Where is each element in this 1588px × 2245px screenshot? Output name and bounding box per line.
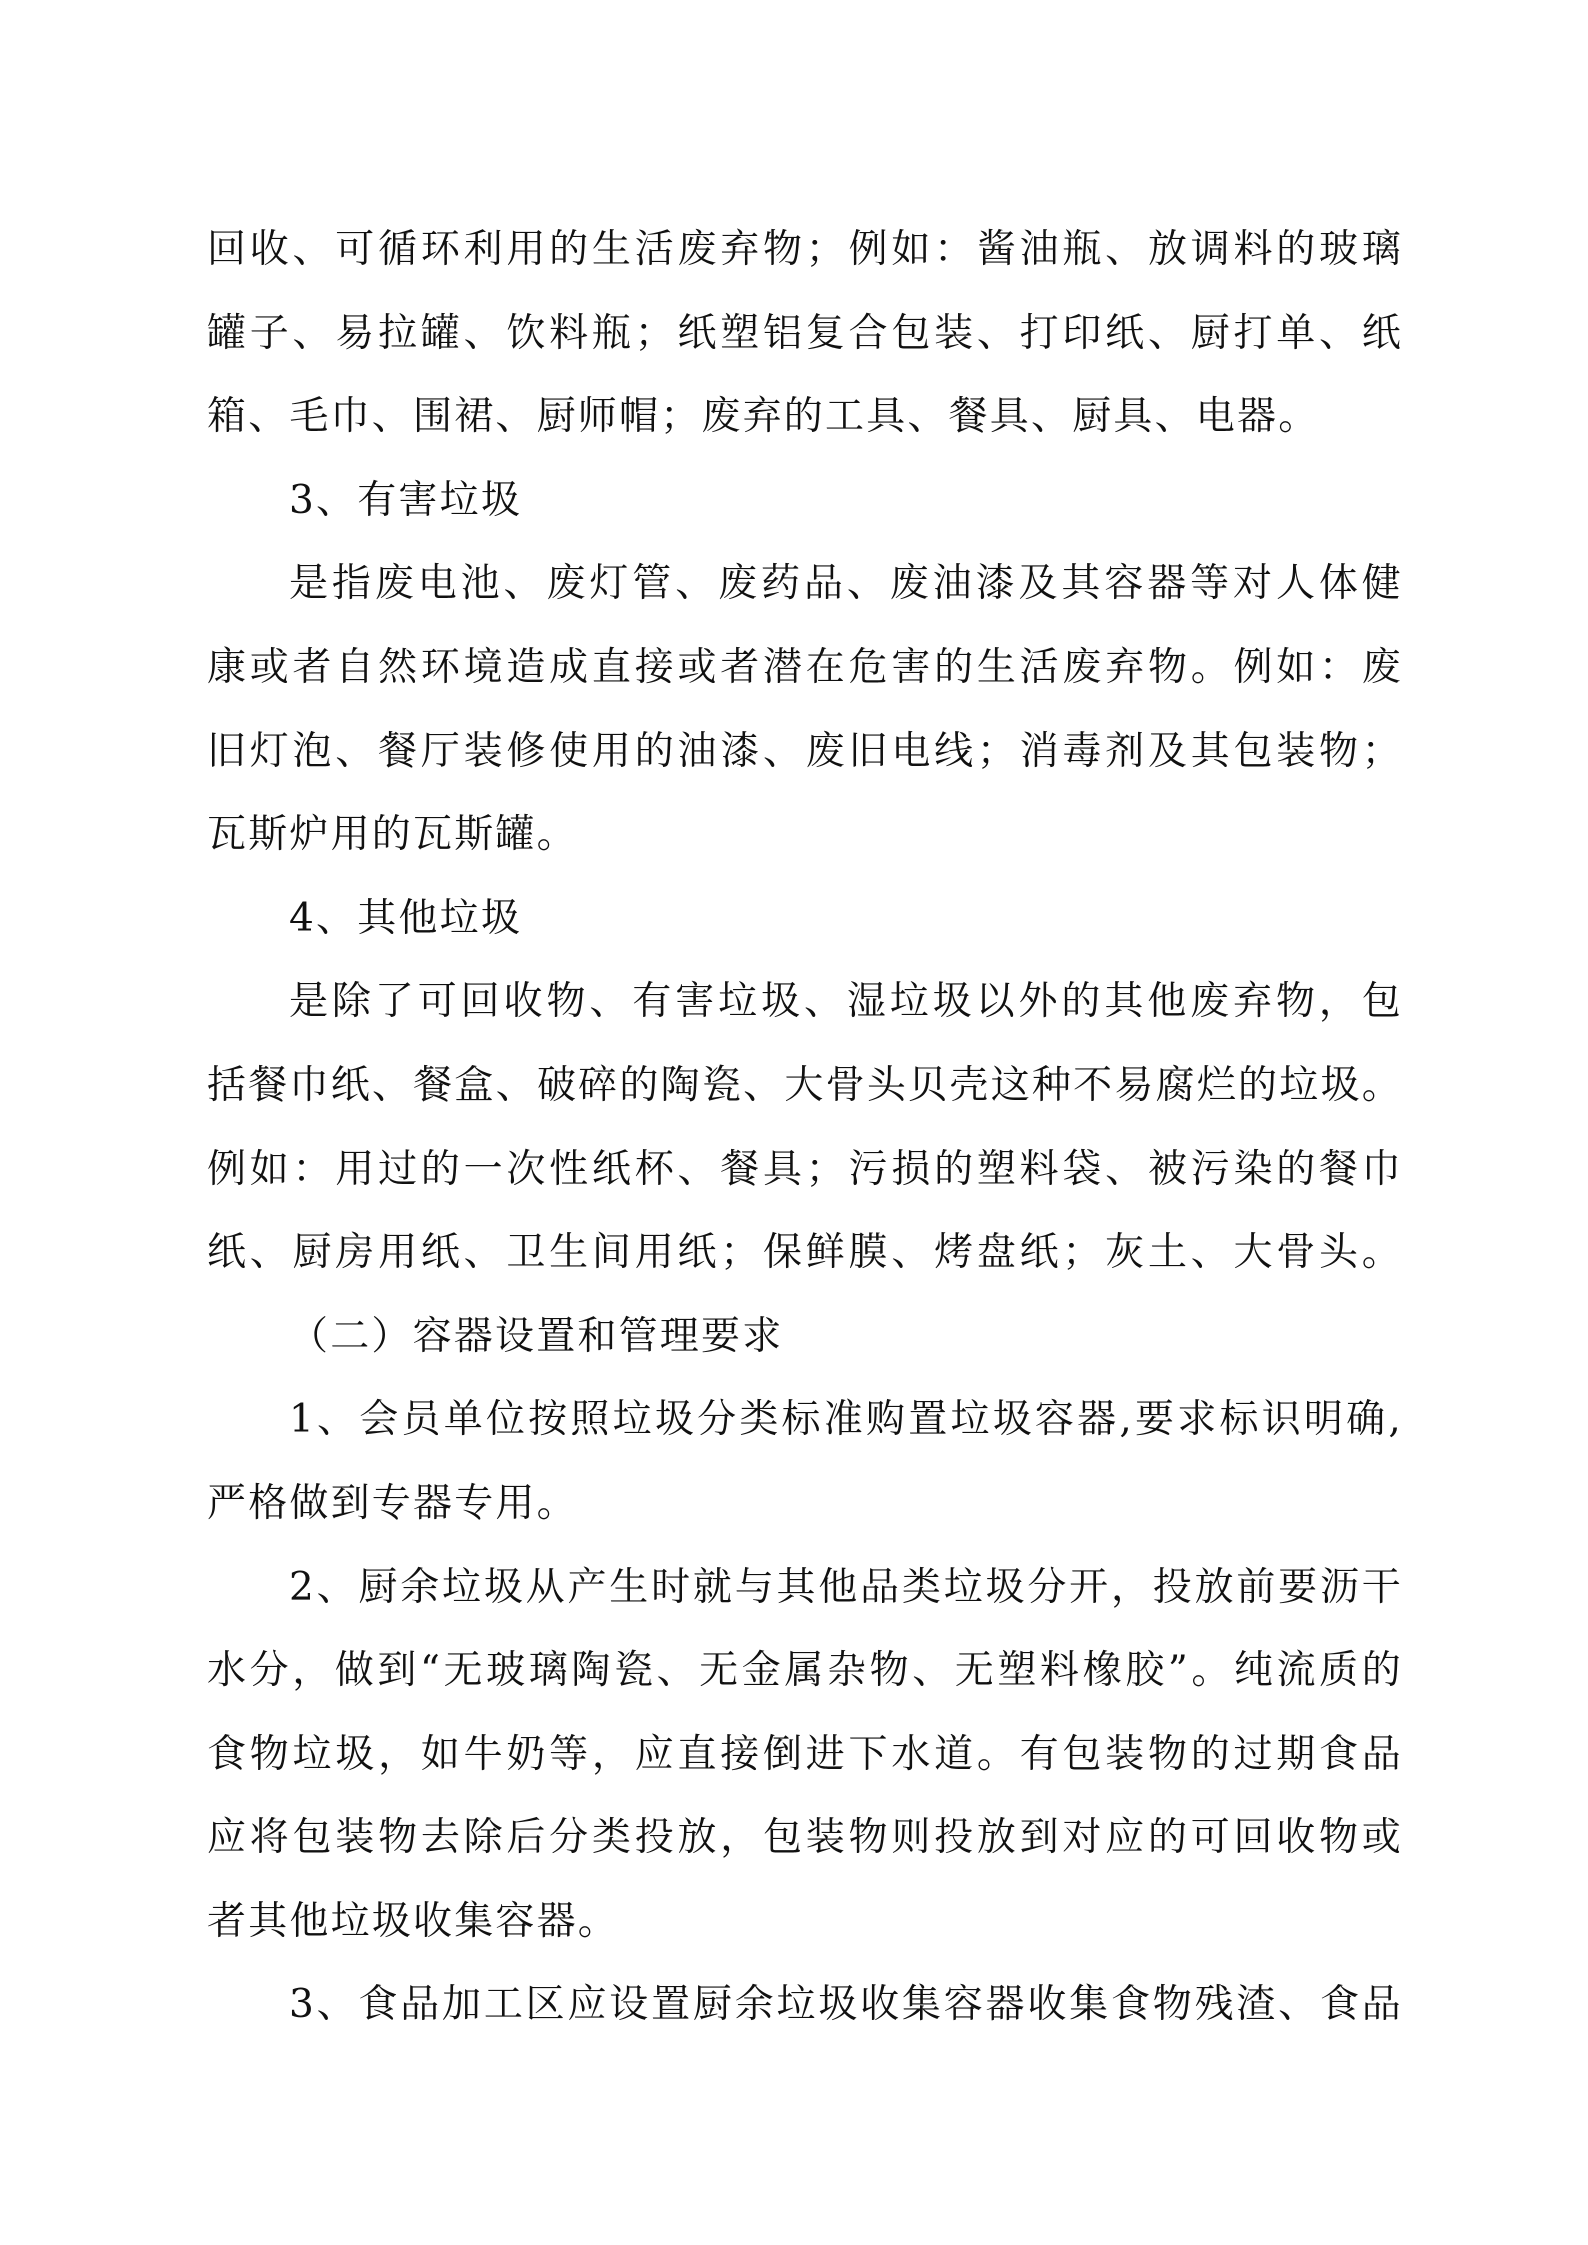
document-page: 回收、可循环利用的生活废弃物；例如：酱油瓶、放调料的玻璃 罐子、易拉罐、饮料瓶；… <box>207 208 1403 2047</box>
text-line: 2、厨余垃圾从产生时就与其他品类垃圾分开，投放前要沥干 <box>207 1546 1403 1630</box>
text-line: 应将包装物去除后分类投放，包装物则投放到对应的可回收物或 <box>207 1796 1403 1880</box>
text-line: 严格做到专器专用。 <box>207 1462 1403 1546</box>
text-line: 罐子、易拉罐、饮料瓶；纸塑铝复合包装、打印纸、厨打单、纸 <box>207 292 1403 376</box>
text-line: 例如：用过的一次性纸杯、餐具；污损的塑料袋、被污染的餐巾 <box>207 1128 1403 1212</box>
section-heading-other-waste: 4、其他垃圾 <box>207 877 1403 961</box>
section-heading-container-requirements: （二）容器设置和管理要求 <box>207 1295 1403 1379</box>
text-line: 箱、毛巾、围裙、厨师帽；废弃的工具、餐具、厨具、电器。 <box>207 375 1403 459</box>
text-line: 食物垃圾，如牛奶等，应直接倒进下水道。有包装物的过期食品 <box>207 1713 1403 1797</box>
text-line: 纸、厨房用纸、卫生间用纸；保鲜膜、烤盘纸；灰土、大骨头。 <box>207 1211 1403 1295</box>
text-line: 回收、可循环利用的生活废弃物；例如：酱油瓶、放调料的玻璃 <box>207 208 1403 292</box>
text-line: 康或者自然环境造成直接或者潜在危害的生活废弃物。例如：废 <box>207 626 1403 710</box>
text-line: 3、食品加工区应设置厨余垃圾收集容器收集食物残渣、食品 <box>207 1963 1403 2047</box>
text-line: 1、会员单位按照垃圾分类标准购置垃圾容器,要求标识明确, <box>207 1378 1403 1462</box>
text-line: 瓦斯炉用的瓦斯罐。 <box>207 793 1403 877</box>
text-line: 旧灯泡、餐厅装修使用的油漆、废旧电线；消毒剂及其包装物； <box>207 710 1403 794</box>
text-line: 者其他垃圾收集容器。 <box>207 1880 1403 1964</box>
text-line: 是除了可回收物、有害垃圾、湿垃圾以外的其他废弃物，包 <box>207 960 1403 1044</box>
section-heading-hazardous-waste: 3、有害垃圾 <box>207 459 1403 543</box>
text-line: 括餐巾纸、餐盒、破碎的陶瓷、大骨头贝壳这种不易腐烂的垃圾。 <box>207 1044 1403 1128</box>
text-line: 是指废电池、废灯管、废药品、废油漆及其容器等对人体健 <box>207 542 1403 626</box>
text-line: 水分，做到“无玻璃陶瓷、无金属杂物、无塑料橡胶”。纯流质的 <box>207 1629 1403 1713</box>
